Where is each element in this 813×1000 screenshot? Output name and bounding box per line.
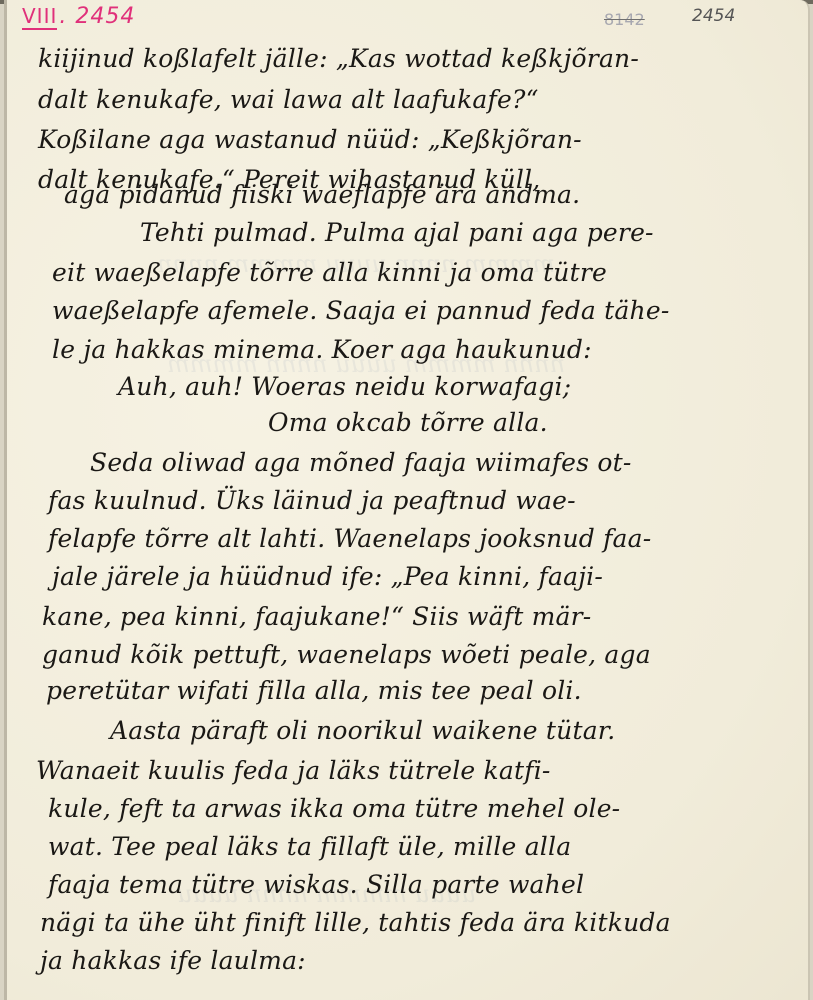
text-line: ganud kõik pettuft, waenelaps wõeti peal…: [42, 640, 651, 669]
text-line: ja hakkas ife laulma:: [40, 946, 306, 975]
text-line: waeßelapfe afemele. Saaja ei pannud feda…: [52, 296, 669, 325]
text-line: nägi ta ühe üht finift lille, tahtis fed…: [40, 908, 671, 937]
text-line: wat. Tee peal läks ta fillaft üle, mille…: [48, 832, 571, 861]
text-line: le ja hakkas minema. Koer aga haukunud:: [52, 335, 592, 364]
text-line: faaja tema tütre wiskas. Silla parte wah…: [48, 870, 584, 899]
text-line: felapfe tõrre alt lahti. Waenelaps jooks…: [48, 524, 651, 553]
text-line: Tehti pulmad. Pulma ajal pani aga pere-: [140, 218, 654, 247]
text-line: fas kuulnud. Üks läinud ja peaftnud wae-: [48, 486, 576, 515]
text-line: kule, feft ta arwas ikka oma tütre mehel…: [48, 794, 620, 823]
text-line: peretütar wifati filla alla, mis tee pea…: [46, 676, 582, 705]
text-line: jale järele ja hüüdnud ife: „Pea kinni, …: [52, 562, 603, 591]
text-line: kiijinud koßlafelt jälle: „Kas wottad ke…: [38, 44, 639, 73]
text-line: Wanaeit kuulis feda ja läks tütrele katf…: [36, 756, 551, 785]
text-line: aga pidanud fiiski waeflapfe ära andma.: [64, 180, 580, 209]
verse-line: Oma okcab tõrre alla.: [268, 408, 548, 437]
text-line: Aasta päraft oli noorikul waikene tütar.: [110, 716, 615, 745]
text-line: Seda oliwad aga mõned faaja wiimafes ot-: [90, 448, 631, 477]
text-line: eit waeßelapfe tõrre alla kinni ja oma t…: [52, 258, 607, 287]
text-line: Koßilane aga wastanud nüüd: „Keßkjõran-: [38, 125, 582, 154]
handwritten-text-body: kiijinud koßlafelt jälle: „Kas wottad ke…: [0, 0, 813, 1000]
text-line: kane, pea kinni, faajukane!“ Siis wäft m…: [42, 602, 591, 631]
verse-line: Auh, auh! Woeras neidu korwafagi;: [118, 372, 571, 401]
text-line: dalt kenukafe, wai lawa alt laafukafe?“: [38, 85, 539, 114]
